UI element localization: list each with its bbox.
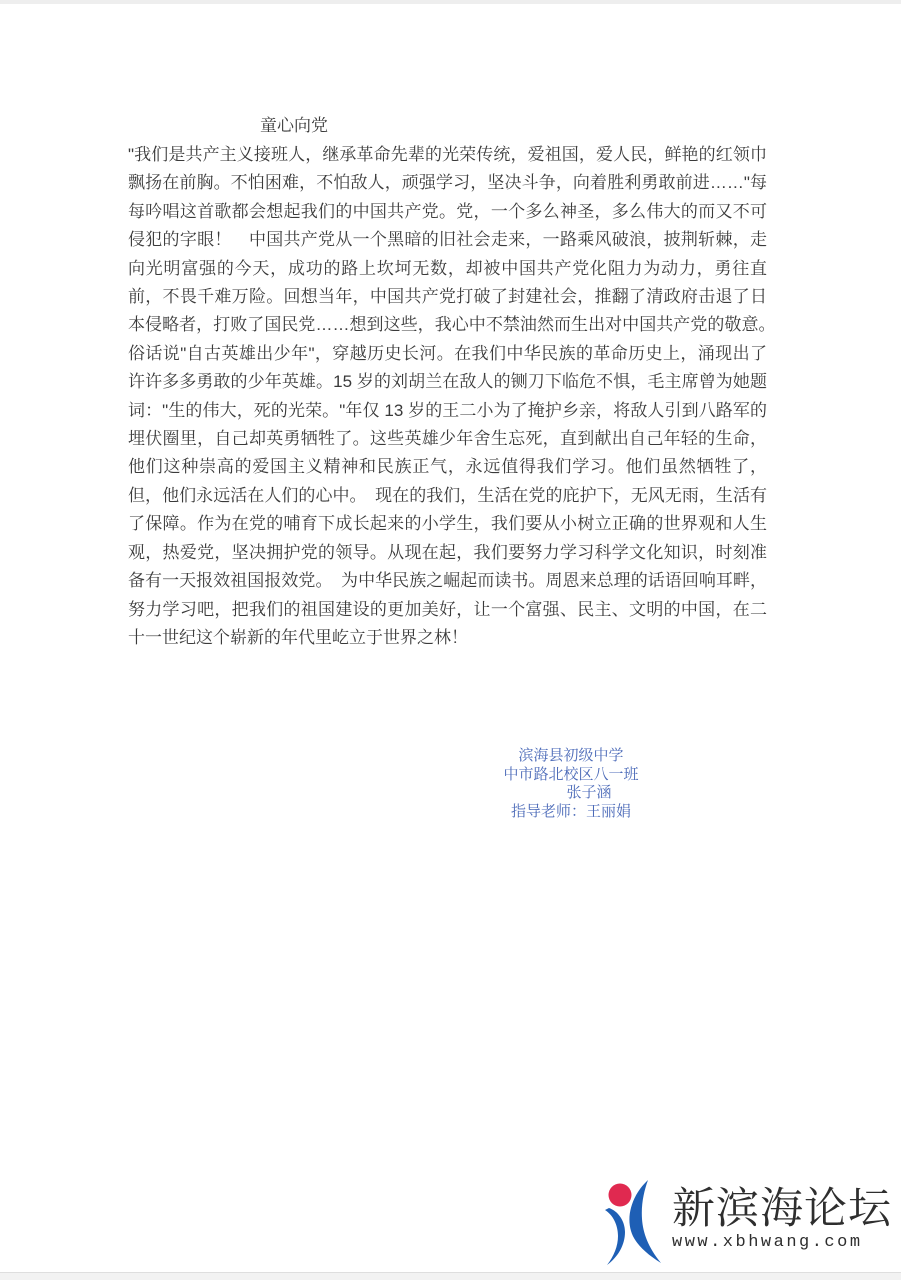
essay-body: "我们是共产主义接班人，继承革命先辈的光荣传统，爱祖国，爱人民，鲜艳的红领巾飘扬… <box>128 141 767 652</box>
site-watermark: 新滨海论坛 www.xbhwang.com <box>597 1176 892 1268</box>
essay-title: 童心向党 <box>260 112 767 140</box>
signature-class: 中市路北校区八一班 <box>420 766 722 785</box>
essay: 童心向党 "我们是共产主义接班人，继承革命先辈的光荣传统，爱祖国，爱人民，鲜艳的… <box>128 112 767 652</box>
watermark-text: 新滨海论坛 www.xbhwang.com <box>672 1186 892 1253</box>
signature-block: 滨海县初级中学 中市路北校区八一班 张子涵 指导老师：王丽娟 <box>420 747 722 821</box>
site-name: 新滨海论坛 <box>672 1186 892 1232</box>
document-page: 童心向党 "我们是共产主义接班人，继承革命先辈的光荣传统，爱祖国，爱人民，鲜艳的… <box>0 0 901 1280</box>
site-url: www.xbhwang.com <box>672 1233 892 1253</box>
forum-logo-icon <box>597 1176 671 1268</box>
bottom-strip <box>0 1272 901 1280</box>
signature-teacher: 指导老师：王丽娟 <box>420 803 722 822</box>
top-strip <box>0 0 901 4</box>
signature-author: 张子涵 <box>420 784 722 803</box>
signature-school: 滨海县初级中学 <box>420 747 722 766</box>
